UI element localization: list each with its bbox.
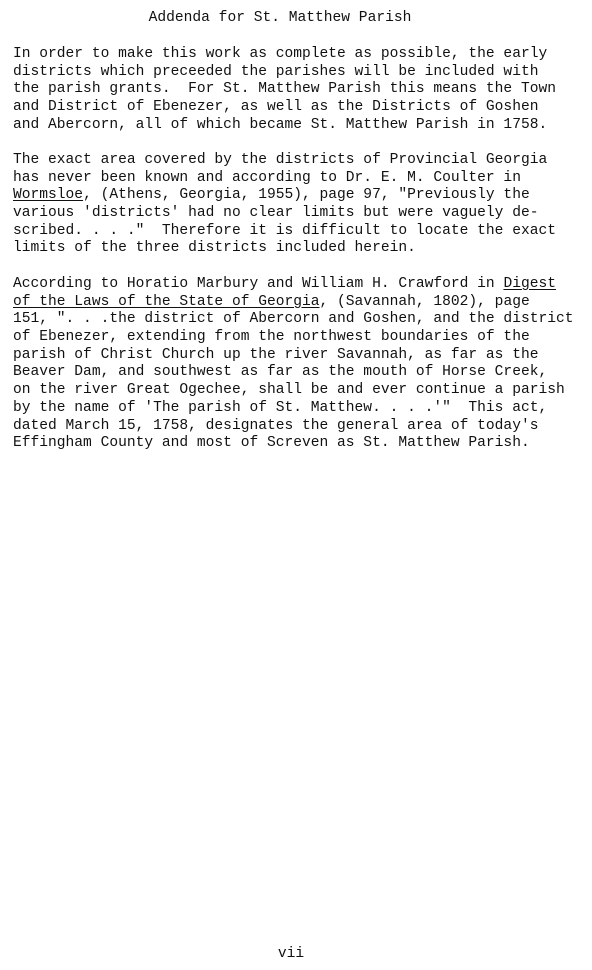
- text-segment: and Abercorn, all of which became St. Ma…: [13, 117, 547, 133]
- text-line: Effingham County and most of Screven as …: [13, 435, 574, 453]
- text-segment: by the name of 'The parish of St. Matthe…: [13, 400, 547, 416]
- text-line: has never been known and according to Dr…: [13, 170, 556, 188]
- paragraph-intro: In order to make this work as complete a…: [13, 46, 556, 134]
- text-line: 151, ". . .the district of Abercorn and …: [13, 311, 574, 329]
- text-line: of Ebenezer, extending from the northwes…: [13, 329, 574, 347]
- text-line: various 'districts' had no clear limits …: [13, 205, 556, 223]
- text-segment: According to Horatio Marbury and William…: [13, 276, 503, 292]
- page-number: vii: [0, 946, 582, 964]
- text-segment: on the river Great Ogechee, shall be and…: [13, 382, 565, 398]
- text-line: the parish grants. For St. Matthew Paris…: [13, 81, 556, 99]
- underlined-title: Wormsloe: [13, 187, 83, 203]
- underlined-title: of the Laws of the State of Georgia: [13, 294, 320, 310]
- text-line: scribed. . . ." Therefore it is difficul…: [13, 223, 556, 241]
- text-line: districts which preceeded the parishes w…: [13, 64, 556, 82]
- text-segment: scribed. . . ." Therefore it is difficul…: [13, 223, 556, 239]
- text-line: In order to make this work as complete a…: [13, 46, 556, 64]
- text-segment: has never been known and according to Dr…: [13, 170, 521, 186]
- text-segment: In order to make this work as complete a…: [13, 46, 547, 62]
- text-segment: Effingham County and most of Screven as …: [13, 435, 530, 451]
- text-line: and Abercorn, all of which became St. Ma…: [13, 117, 556, 135]
- text-line: of the Laws of the State of Georgia, (Sa…: [13, 294, 574, 312]
- text-line: dated March 15, 1758, designates the gen…: [13, 418, 574, 436]
- text-line: Beaver Dam, and southwest as far as the …: [13, 364, 574, 382]
- text-segment: , (Athens, Georgia, 1955), page 97, "Pre…: [83, 187, 530, 203]
- text-segment: various 'districts' had no clear limits …: [13, 205, 538, 221]
- text-segment: 151, ". . .the district of Abercorn and …: [13, 311, 574, 327]
- text-line: limits of the three districts included h…: [13, 240, 556, 258]
- text-segment: Beaver Dam, and southwest as far as the …: [13, 364, 547, 380]
- page-title: Addenda for St. Matthew Parish: [0, 10, 560, 28]
- text-line: According to Horatio Marbury and William…: [13, 276, 574, 294]
- text-segment: districts which preceeded the parishes w…: [13, 64, 538, 80]
- text-line: and District of Ebenezer, as well as the…: [13, 99, 556, 117]
- text-line: The exact area covered by the districts …: [13, 152, 556, 170]
- text-segment: parish of Christ Church up the river Sav…: [13, 347, 538, 363]
- underlined-title: Digest: [503, 276, 556, 292]
- text-line: Wormsloe, (Athens, Georgia, 1955), page …: [13, 187, 556, 205]
- text-segment: of Ebenezer, extending from the northwes…: [13, 329, 530, 345]
- text-line: by the name of 'The parish of St. Matthe…: [13, 400, 574, 418]
- text-segment: the parish grants. For St. Matthew Paris…: [13, 81, 556, 97]
- text-segment: dated March 15, 1758, designates the gen…: [13, 418, 538, 434]
- text-segment: The exact area covered by the districts …: [13, 152, 547, 168]
- text-line: parish of Christ Church up the river Sav…: [13, 347, 574, 365]
- text-line: on the river Great Ogechee, shall be and…: [13, 382, 574, 400]
- paragraph-district-area: The exact area covered by the districts …: [13, 152, 556, 258]
- paragraph-digest-quote: According to Horatio Marbury and William…: [13, 276, 574, 453]
- text-segment: , (Savannah, 1802), page: [320, 294, 530, 310]
- text-segment: limits of the three districts included h…: [13, 240, 416, 256]
- text-segment: and District of Ebenezer, as well as the…: [13, 99, 538, 115]
